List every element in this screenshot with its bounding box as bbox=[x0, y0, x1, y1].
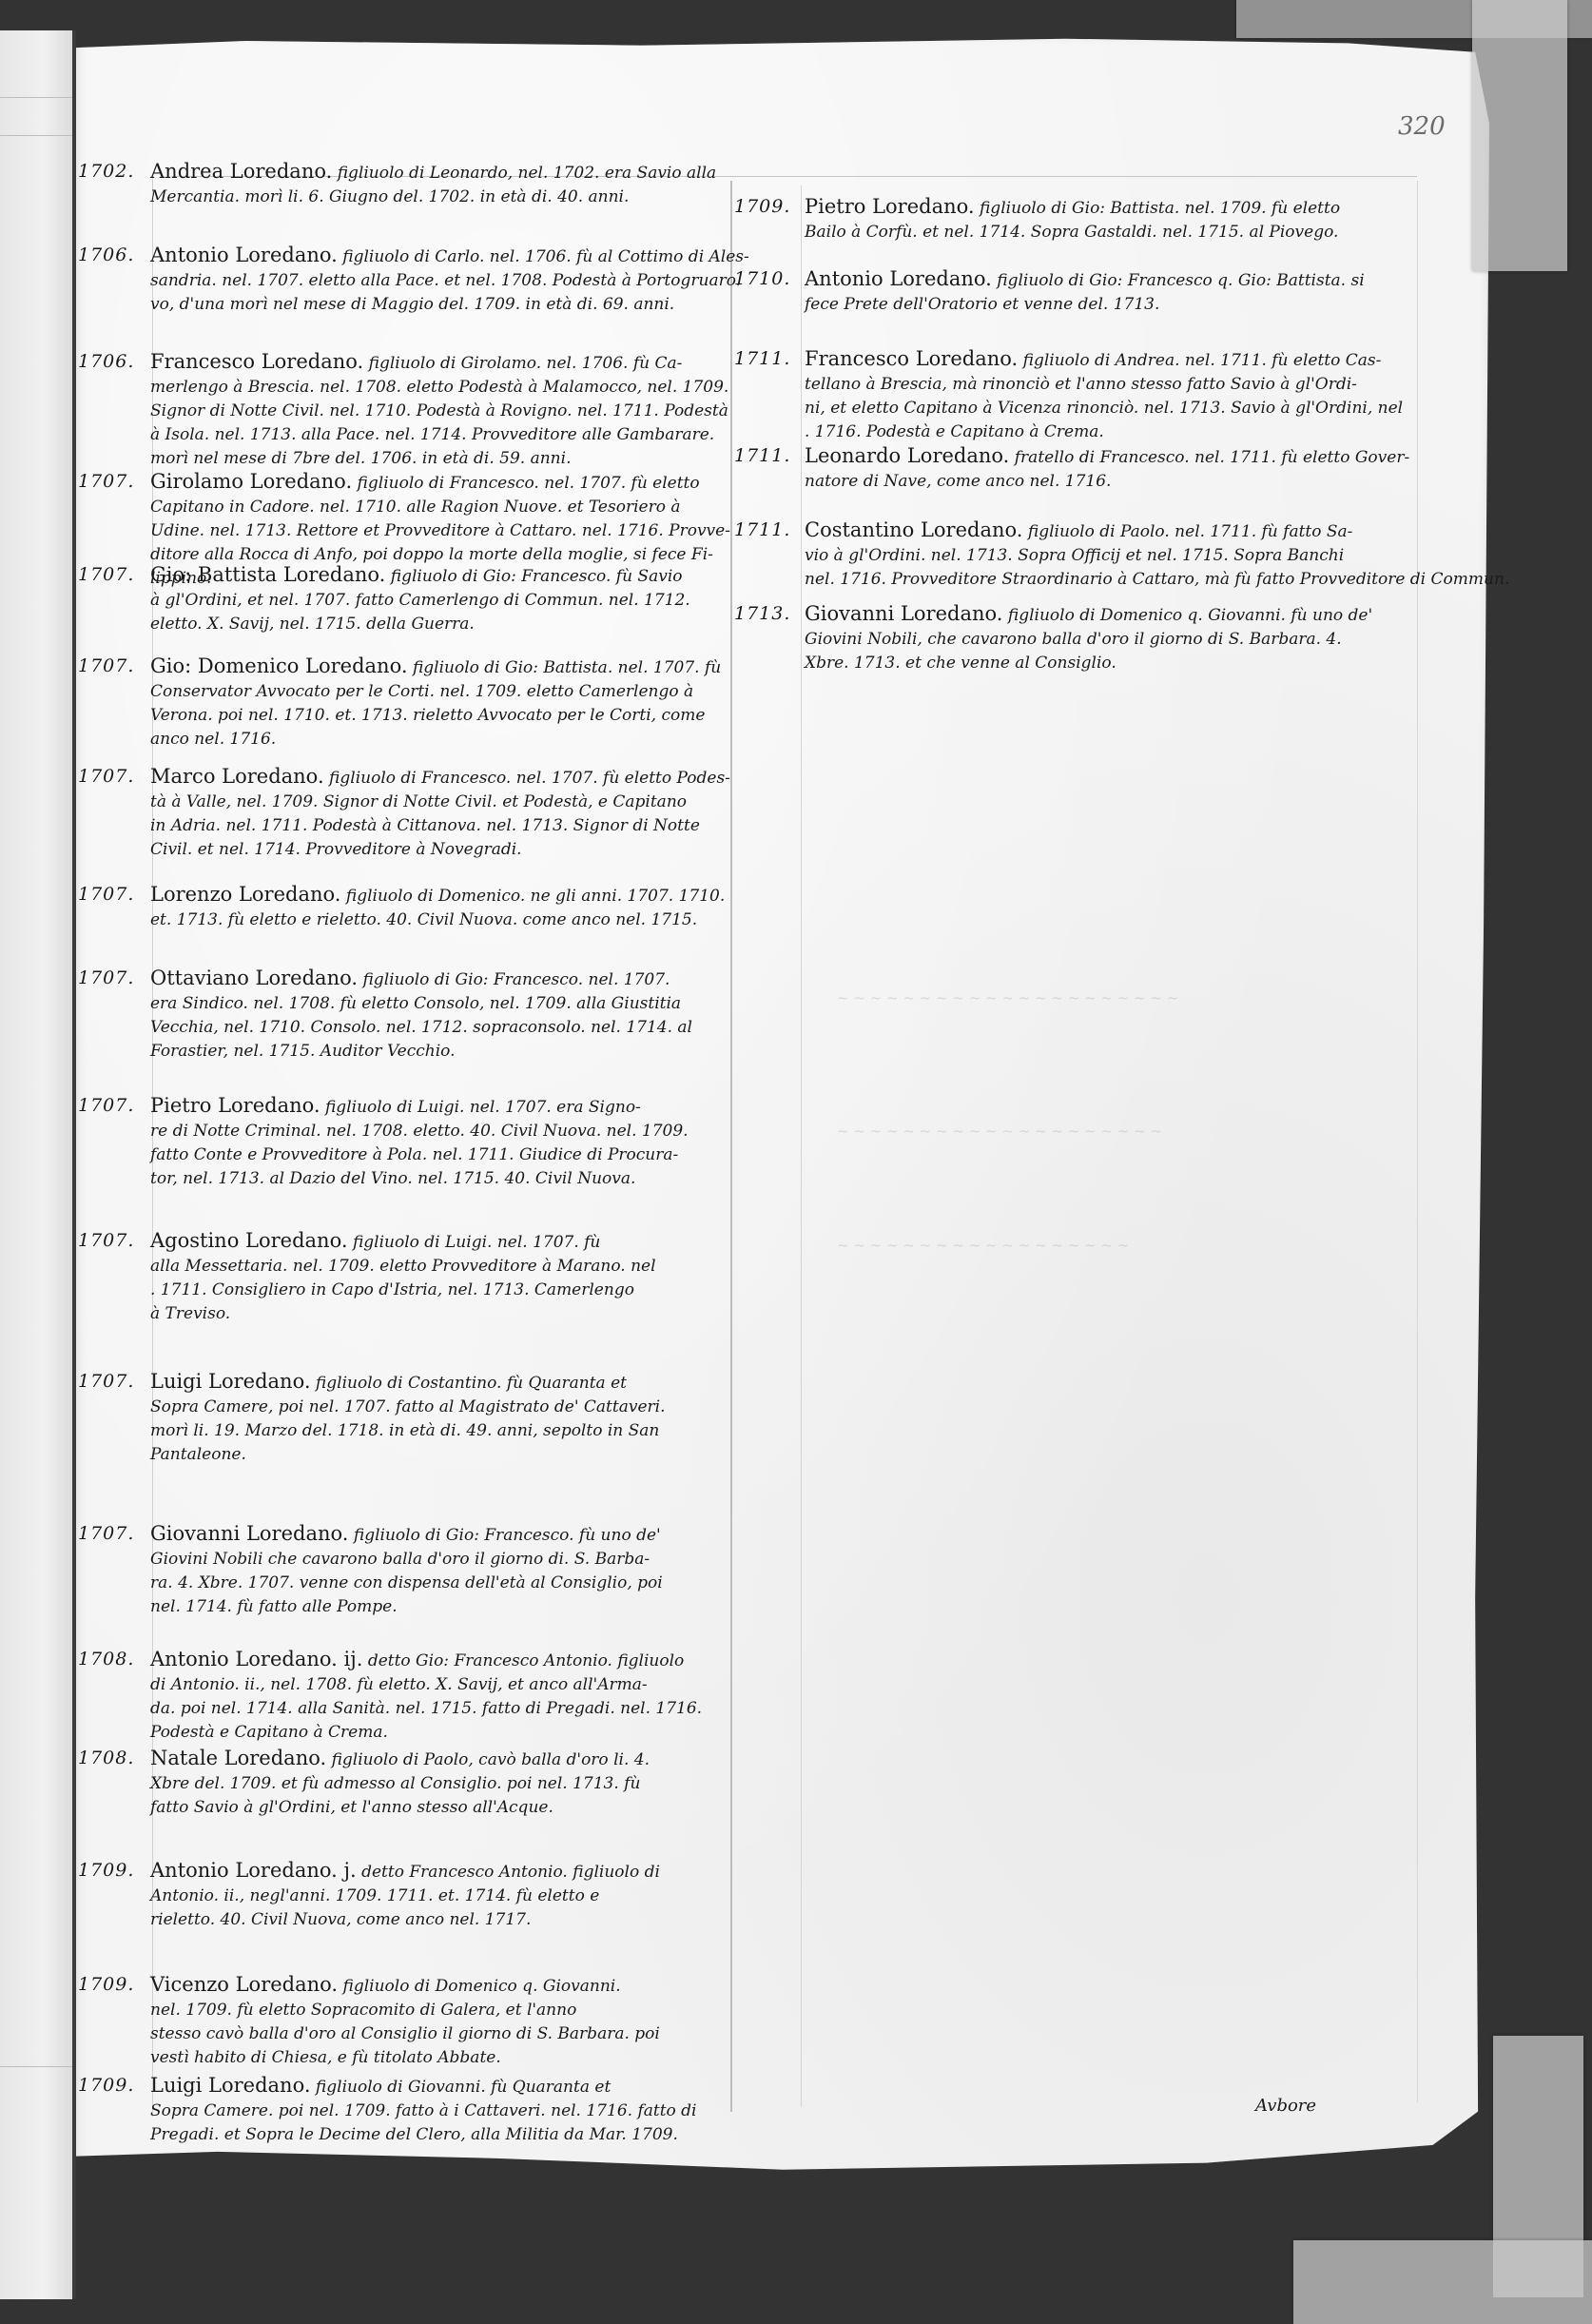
entry-text-line: figliuolo di Gio: Battista. nel. 1709. f… bbox=[980, 199, 1340, 218]
register-entry: 1707. Gio: Domenico Loredano. figliuolo … bbox=[78, 654, 725, 752]
entry-text-line: di Antonio. ii., nel. 1708. fù eletto. X… bbox=[150, 1673, 725, 1697]
entry-name: Pietro Loredano. bbox=[150, 1094, 320, 1117]
entry-name: Antonio Loredano. j. bbox=[150, 1859, 357, 1882]
register-entry: 1707. Pietro Loredano. figliuolo di Luig… bbox=[78, 1094, 725, 1191]
entry-text-line: et. 1713. fù eletto e rieletto. 40. Civi… bbox=[150, 908, 725, 932]
register-entry: 1708. Antonio Loredano. ij. detto Gio: F… bbox=[78, 1648, 725, 1745]
entry-text-line: figliuolo di Domenico q. Giovanni. bbox=[343, 1977, 621, 1996]
register-entry: 1707. Marco Loredano. figliuolo di Franc… bbox=[78, 765, 725, 862]
entry-name: Luigi Loredano. bbox=[150, 1370, 311, 1393]
register-entry: 1707. Giovanni Loredano. figliuolo di Gi… bbox=[78, 1522, 725, 1619]
entry-text-line: ni, et eletto Capitano à Vicenza rinonci… bbox=[805, 397, 1414, 420]
entry-text-line: nel. 1714. fù fatto alle Pompe. bbox=[150, 1595, 725, 1619]
entry-name: Marco Loredano. bbox=[150, 765, 324, 788]
entry-text-line: Sopra Camere. poi nel. 1709. fatto à i C… bbox=[150, 2099, 725, 2123]
register-entry: 1713. Giovanni Loredano. figliuolo di Do… bbox=[734, 602, 1414, 675]
entry-text-line: Xbre. 1713. et che venne al Consiglio. bbox=[805, 652, 1414, 675]
entry-text-line: ra. 4. Xbre. 1707. venne con dispensa de… bbox=[150, 1572, 725, 1595]
entry-text-line: fatto Conte e Provveditore à Pola. nel. … bbox=[150, 1143, 725, 1167]
entry-text-line: figliuolo di Domenico q. Giovanni. fù un… bbox=[1008, 606, 1372, 625]
entry-text-line: figliuolo di Giovanni. fù Quaranta et bbox=[316, 2078, 611, 2097]
entry-text-line: rieletto. 40. Civil Nuova, come anco nel… bbox=[150, 1908, 725, 1932]
entry-text-line: tellano à Brescia, mà rinonciò et l'anno… bbox=[805, 373, 1414, 397]
entry-text-line: figliuolo di Leonardo, nel. 1702. era Sa… bbox=[338, 164, 716, 183]
entry-text-line: Signor di Notte Civil. nel. 1710. Podest… bbox=[150, 400, 725, 423]
entry-text-line: era Sindico. nel. 1708. fù eletto Consol… bbox=[150, 992, 725, 1016]
entry-text-line: merlengo à Brescia. nel. 1708. eletto Po… bbox=[150, 376, 725, 400]
entry-name: Natale Loredano. bbox=[150, 1747, 326, 1769]
entry-text-line: natore di Nave, come anco nel. 1716. bbox=[805, 470, 1414, 494]
entry-name: Giovanni Loredano. bbox=[805, 602, 1002, 625]
entry-text-line: sandria. nel. 1707. eletto alla Pace. et… bbox=[150, 269, 725, 293]
entry-text-line: Verona. poi nel. 1710. et. 1713. rielett… bbox=[150, 704, 725, 728]
entry-name: Ottaviano Loredano. bbox=[150, 967, 358, 989]
entry-text-line: Capitano in Cadore. nel. 1710. alle Ragi… bbox=[150, 496, 725, 519]
entry-name: Luigi Loredano. bbox=[150, 2074, 311, 2097]
entry-text-line: vestì habito di Chiesa, e fù titolato Ab… bbox=[150, 2046, 725, 2070]
register-entry: 1706. Antonio Loredano. figliuolo di Car… bbox=[78, 244, 725, 317]
entry-text-line: Pantaleone. bbox=[150, 1443, 725, 1467]
entry-name: Pietro Loredano. bbox=[805, 195, 975, 218]
entry-year: 1706. bbox=[78, 350, 146, 374]
entry-name: Antonio Loredano. ij. bbox=[150, 1648, 362, 1670]
mounting-tape-bottom-right bbox=[1293, 2240, 1592, 2324]
entry-text-line: Pregadi. et Sopra le Decime del Clero, a… bbox=[150, 2123, 725, 2147]
mounting-tape-top-right bbox=[1472, 0, 1567, 271]
register-entry: 1707. Gio: Battista Loredano. figliuolo … bbox=[78, 563, 725, 636]
entry-text-line: figliuolo di Gio: Francesco. fù Savio bbox=[391, 567, 683, 586]
entry-year: 1711. bbox=[734, 347, 803, 371]
entry-text-line: fece Prete dell'Oratorio et venne del. 1… bbox=[805, 293, 1414, 317]
entry-text-line: vio à gl'Ordini. nel. 1713. Sopra Offici… bbox=[805, 544, 1414, 568]
entry-year: 1707. bbox=[78, 883, 146, 907]
entry-text-line: fatto Savio à gl'Ordini, et l'anno stess… bbox=[150, 1796, 725, 1820]
entry-year: 1711. bbox=[734, 518, 803, 542]
entry-text-line: Giovini Nobili che cavarono balla d'oro … bbox=[150, 1548, 725, 1572]
entry-text-line: figliuolo di Girolamo. nel. 1706. fù Ca- bbox=[369, 354, 683, 373]
entry-text-line: tà à Valle, nel. 1709. Signor di Notte C… bbox=[150, 791, 725, 814]
entry-year: 1707. bbox=[78, 654, 146, 678]
entry-text-line: detto Gio: Francesco Antonio. figliuolo bbox=[368, 1651, 684, 1670]
entry-year: 1709. bbox=[78, 1859, 146, 1883]
register-entry: 1707. Agostino Loredano. figliuolo di Lu… bbox=[78, 1229, 725, 1326]
entry-name: Vicenzo Loredano. bbox=[150, 1973, 338, 1996]
entry-year: 1706. bbox=[78, 244, 146, 267]
entry-name: Agostino Loredano. bbox=[150, 1229, 348, 1252]
entry-text-line: à Isola. nel. 1713. alla Pace. nel. 1714… bbox=[150, 423, 725, 447]
entry-text-line: figliuolo di Andrea. nel. 1711. fù elett… bbox=[1023, 351, 1382, 370]
entry-year: 1708. bbox=[78, 1648, 146, 1671]
register-entry: 1711. Francesco Loredano. figliuolo di A… bbox=[734, 347, 1414, 444]
entry-year: 1702. bbox=[78, 160, 146, 184]
entry-text-line: da. poi nel. 1714. alla Sanità. nel. 171… bbox=[150, 1697, 725, 1721]
entry-text-line: eletto. X. Savij, nel. 1715. della Guerr… bbox=[150, 613, 725, 636]
entry-text-line: figliuolo di Gio: Francesco. nel. 1707. bbox=[362, 970, 670, 989]
entry-text-line: . 1711. Consigliero in Capo d'Istria, ne… bbox=[150, 1279, 725, 1302]
entry-text-line: Xbre del. 1709. et fù admesso al Consigl… bbox=[150, 1772, 725, 1796]
entry-text-line: figliuolo di Gio: Francesco q. Gio: Batt… bbox=[997, 271, 1364, 290]
entry-text-line: anco nel. 1716. bbox=[150, 728, 725, 752]
entry-text-line: figliuolo di Luigi. nel. 1707. fù bbox=[353, 1233, 600, 1252]
catchword: Avbore bbox=[1255, 2096, 1316, 2116]
bleed-through-text: ~ ~ ~ ~ ~ ~ ~ ~ ~ ~ ~ ~ ~ ~ ~ ~ ~ ~ bbox=[837, 1237, 1129, 1254]
right-margin-rule bbox=[1417, 181, 1418, 2102]
register-entry: 1711. Costantino Loredano. figliuolo di … bbox=[734, 518, 1414, 592]
register-entry: 1707. Luigi Loredano. figliuolo di Costa… bbox=[78, 1370, 725, 1467]
register-entry: 1709. Vicenzo Loredano. figliuolo di Dom… bbox=[78, 1973, 725, 2070]
entry-text-line: Giovini Nobili, che cavarono balla d'oro… bbox=[805, 628, 1414, 652]
register-entry: 1711. Leonardo Loredano. fratello di Fra… bbox=[734, 444, 1414, 494]
page-crease bbox=[0, 135, 72, 136]
entry-text-line: nel. 1709. fù eletto Sopracomito di Gale… bbox=[150, 1999, 725, 2022]
entry-year: 1709. bbox=[78, 2074, 146, 2098]
entry-year: 1708. bbox=[78, 1747, 146, 1770]
entry-name: Girolamo Loredano. bbox=[150, 470, 352, 493]
entry-name: Antonio Loredano. bbox=[805, 267, 992, 290]
entry-name: Francesco Loredano. bbox=[150, 350, 363, 373]
entry-name: Antonio Loredano. bbox=[150, 244, 338, 266]
entry-text-line: vo, d'una morì nel mese di Maggio del. 1… bbox=[150, 293, 725, 317]
entry-text-line: in Adria. nel. 1711. Podestà à Cittanova… bbox=[150, 814, 725, 838]
register-entry: 1709. Luigi Loredano. figliuolo di Giova… bbox=[78, 2074, 725, 2147]
entry-text-line: Forastier, nel. 1715. Auditor Vecchio. bbox=[150, 1040, 725, 1064]
entry-text-line: Bailo à Corfù. et nel. 1714. Sopra Gasta… bbox=[805, 221, 1414, 244]
entry-text-line: nel. 1716. Provveditore Straordinario à … bbox=[805, 568, 1414, 592]
entry-text-line: Podestà e Capitano à Crema. bbox=[150, 1721, 725, 1745]
entry-text-line: figliuolo di Francesco. nel. 1707. fù el… bbox=[329, 769, 730, 788]
entry-text-line: . 1716. Podestà e Capitano à Crema. bbox=[805, 420, 1414, 444]
entry-name: Leonardo Loredano. bbox=[805, 444, 1009, 467]
entry-text-line: Udine. nel. 1713. Rettore et Provveditor… bbox=[150, 519, 725, 543]
previous-page-edge bbox=[0, 30, 76, 2299]
entry-name: Gio: Domenico Loredano. bbox=[150, 654, 408, 677]
entry-name: Francesco Loredano. bbox=[805, 347, 1018, 370]
entry-text-line: figliuolo di Luigi. nel. 1707. era Signo… bbox=[325, 1098, 641, 1117]
register-entry: 1709. Antonio Loredano. j. detto Frances… bbox=[78, 1859, 725, 1932]
entry-year: 1707. bbox=[78, 470, 146, 494]
entry-year: 1707. bbox=[78, 1370, 146, 1394]
entry-text-line: figliuolo di Domenico. ne gli anni. 1707… bbox=[346, 887, 725, 906]
entry-text-line: figliuolo di Paolo, cavò balla d'oro li.… bbox=[332, 1750, 650, 1769]
register-entry: 1710. Antonio Loredano. figliuolo di Gio… bbox=[734, 267, 1414, 317]
entry-name: Andrea Loredano. bbox=[150, 160, 332, 183]
entry-year: 1711. bbox=[734, 444, 803, 468]
entry-text-line: Mercantia. morì li. 6. Giugno del. 1702.… bbox=[150, 186, 725, 209]
page-crease bbox=[0, 97, 72, 98]
entry-year: 1707. bbox=[78, 765, 146, 789]
register-entry: 1707. Ottaviano Loredano. figliuolo di G… bbox=[78, 967, 725, 1064]
entry-text-line: figliuolo di Francesco. nel. 1707. fù el… bbox=[358, 474, 700, 493]
folio-number: 320 bbox=[1398, 112, 1446, 141]
register-entry: 1707. Lorenzo Loredano. figliuolo di Dom… bbox=[78, 883, 725, 932]
entry-text-line: re di Notte Criminal. nel. 1708. eletto.… bbox=[150, 1120, 725, 1143]
entry-year: 1709. bbox=[734, 195, 803, 219]
entry-year: 1710. bbox=[734, 267, 803, 291]
page-crease bbox=[0, 2066, 72, 2067]
bleed-through-text: ~ ~ ~ ~ ~ ~ ~ ~ ~ ~ ~ ~ ~ ~ ~ ~ ~ ~ ~ ~ … bbox=[837, 989, 1178, 1006]
register-entry: 1706. Francesco Loredano. figliuolo di G… bbox=[78, 350, 725, 471]
entry-name: Lorenzo Loredano. bbox=[150, 883, 340, 906]
column-divider-rule bbox=[730, 181, 732, 2112]
entry-year: 1713. bbox=[734, 602, 803, 626]
entry-text-line: alla Messettaria. nel. 1709. eletto Prov… bbox=[150, 1255, 725, 1279]
entry-name: Giovanni Loredano. bbox=[150, 1522, 348, 1545]
entry-year: 1707. bbox=[78, 1229, 146, 1253]
entry-year: 1707. bbox=[78, 967, 146, 990]
entry-text-line: Vecchia, nel. 1710. Consolo. nel. 1712. … bbox=[150, 1016, 725, 1040]
entry-year: 1707. bbox=[78, 1522, 146, 1546]
entry-text-line: morì li. 19. Marzo del. 1718. in età di.… bbox=[150, 1419, 725, 1443]
entry-text-line: figliuolo di Costantino. fù Quaranta et bbox=[316, 1374, 627, 1393]
entry-text-line: Sopra Camere, poi nel. 1707. fatto al Ma… bbox=[150, 1396, 725, 1419]
entry-year: 1707. bbox=[78, 1094, 146, 1118]
entry-text-line: figliuolo di Gio: Battista. nel. 1707. f… bbox=[413, 658, 721, 677]
entry-year: 1709. bbox=[78, 1973, 146, 1997]
entry-text-line: stesso cavò balla d'oro al Consiglio il … bbox=[150, 2022, 725, 2046]
entry-text-line: à Treviso. bbox=[150, 1302, 725, 1326]
entry-text-line: detto Francesco Antonio. figliuolo di bbox=[361, 1863, 660, 1882]
register-entry: 1709. Pietro Loredano. figliuolo di Gio:… bbox=[734, 195, 1414, 244]
bleed-through-text: ~ ~ ~ ~ ~ ~ ~ ~ ~ ~ ~ ~ ~ ~ ~ ~ ~ ~ ~ ~ bbox=[837, 1123, 1162, 1140]
entry-text-line: fratello di Francesco. nel. 1711. fù ele… bbox=[1015, 448, 1409, 467]
entry-text-line: figliuolo di Carlo. nel. 1706. fù al Cot… bbox=[342, 247, 749, 266]
entry-name: Costantino Loredano. bbox=[805, 518, 1022, 541]
entry-text-line: Civil. et nel. 1714. Provveditore à Nove… bbox=[150, 838, 725, 862]
entry-text-line: tor, nel. 1713. al Dazio del Vino. nel. … bbox=[150, 1167, 725, 1191]
entry-text-line: Antonio. ii., negl'anni. 1709. 1711. et.… bbox=[150, 1885, 725, 1908]
register-entry: 1708. Natale Loredano. figliuolo di Paol… bbox=[78, 1747, 725, 1820]
entry-year: 1707. bbox=[78, 563, 146, 587]
entry-text-line: morì nel mese di 7bre del. 1706. in età … bbox=[150, 447, 725, 471]
entry-text-line: figliuolo di Gio: Francesco. fù uno de' bbox=[354, 1526, 661, 1545]
entry-text-line: Conservator Avvocato per le Corti. nel. … bbox=[150, 680, 725, 704]
register-entry: 1702. Andrea Loredano. figliuolo di Leon… bbox=[78, 160, 725, 209]
entry-name: Gio: Battista Loredano. bbox=[150, 563, 385, 586]
entry-text-line: à gl'Ordini, et nel. 1707. fatto Camerle… bbox=[150, 589, 725, 613]
entry-text-line: figliuolo di Paolo. nel. 1711. fù fatto … bbox=[1028, 522, 1353, 541]
